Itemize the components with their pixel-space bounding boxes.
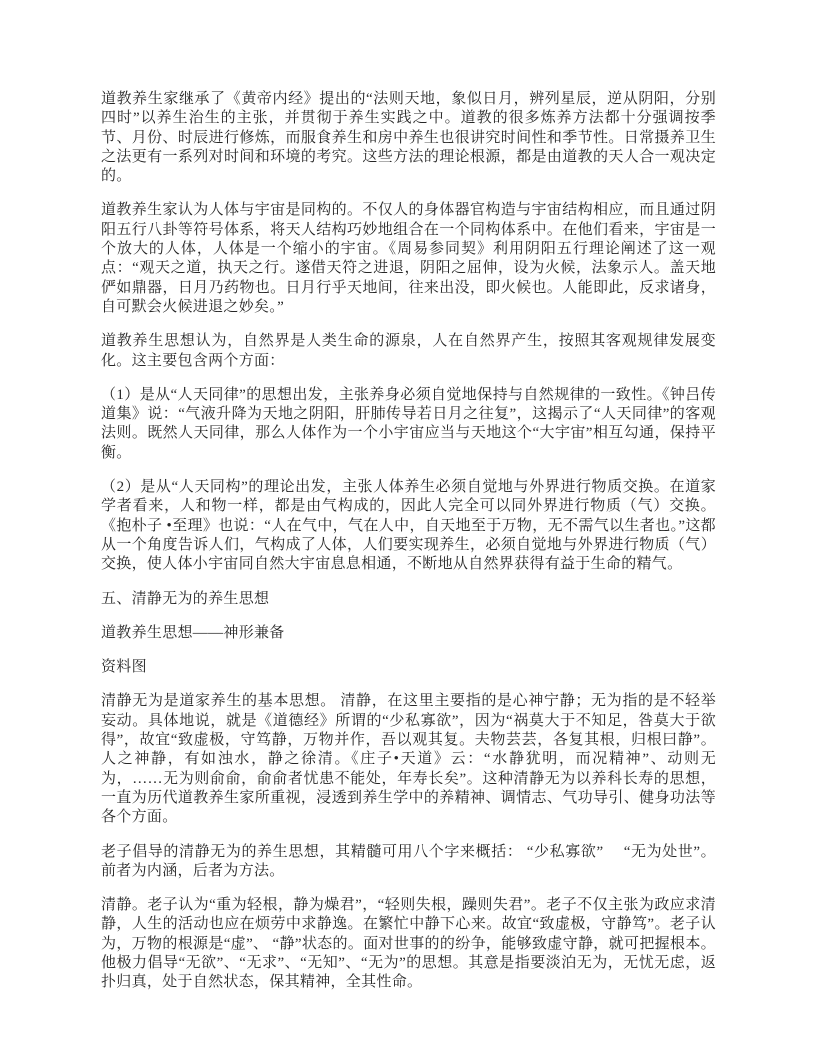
paragraph-laozi-bagezi: 老子倡导的清静无为的养生思想，其精髓可用八个字来概括： “少私寡欲” “无为处世… bbox=[101, 843, 716, 882]
paragraph-ziranjie-yuanquan: 道教养生思想认为，自然界是人类生命的源泉，人在自然界产生，按照其客观规律发展变化… bbox=[101, 332, 716, 371]
subheading-shenxing-jianbei: 道教养生思想——神形兼备 bbox=[101, 624, 716, 643]
paragraph-rentian-tonggou: （2）是从“人天同构”的理论出发，主张人体养生必须自觉地与外界进行物质交换。在道… bbox=[101, 478, 716, 574]
paragraph-rentian-tonglv: （1）是从“人天同律”的思想出发，主张养身必须自觉地保持与自然规律的一致性。《钟… bbox=[101, 386, 716, 463]
paragraph-qingjing-wuwei-jiben-sixiang: 清静无为是道家养生的基本思想。 清静，在这里主要指的是心神宁静；无为指的是不轻举… bbox=[101, 692, 716, 827]
section-heading-qingjing-wuwei: 五、清静无为的养生思想 bbox=[101, 590, 716, 609]
paragraph-tianren-heyi: 道教养生家继承了《黄帝内经》提出的“法则天地，象似日月，辨列星辰，逆从阴阳，分别… bbox=[101, 90, 716, 186]
caption-ziliaotu: 资料图 bbox=[101, 658, 716, 677]
paragraph-renti-yuzhou-tonggou: 道教养生家认为人体与宇宙是同构的。不仅人的身体器官构造与宇宙结构相应，而且通过阴… bbox=[101, 201, 716, 317]
document-page: 道教养生家继承了《黄帝内经》提出的“法则天地，象似日月，辨列星辰，逆从阴阳，分别… bbox=[0, 0, 816, 1056]
paragraph-laozi-qingjing: 清静。老子认为“重为轻根，静为燥君”，“轻则失根，躁则失君”。老子不仅主张为政应… bbox=[101, 896, 716, 992]
